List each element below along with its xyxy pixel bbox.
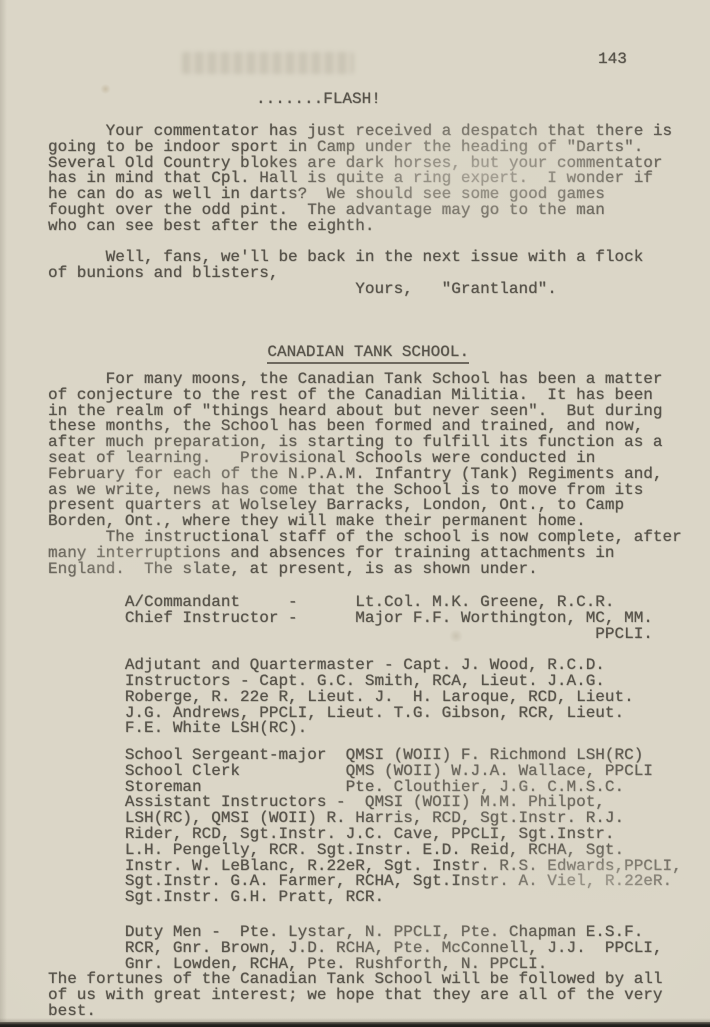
staff-school-list: School Sergeant-major QMSI (WOII) F. Ric… [48,748,682,906]
flash-paragraph-1: Your commentator has just received a des… [48,124,672,235]
closing-paragraph: The fortunes of the Canadian Tank School… [48,972,663,1019]
staff-duty-men-list: Duty Men - Pte. Lystar, N. PPCLI, Pte. C… [48,925,663,972]
scan-left-edge-shading [0,0,7,1027]
scan-bottom-edge-strip [0,1022,710,1027]
scanned-page: 143 .......FLASH! Your commentator has j… [0,0,710,1027]
flash-heading: .......FLASH! [256,92,381,108]
bleed-through-smudge [182,52,354,74]
staff-instructors-list: Instructors - Capt. G.C. Smith, RCA, Lie… [48,674,634,737]
tank-school-intro-paragraph: For many moons, the Canadian Tank School… [48,372,682,577]
staff-command-list: A/Commandant - Lt.Col. M.K. Greene, R.C.… [48,595,653,674]
flash-paragraph-2: Well, fans, we'll be back in the next is… [48,250,643,297]
page-number: 143 [598,52,627,68]
section-heading-text: CANADIAN TANK SCHOOL. [267,345,469,364]
paper-stain [100,84,111,94]
